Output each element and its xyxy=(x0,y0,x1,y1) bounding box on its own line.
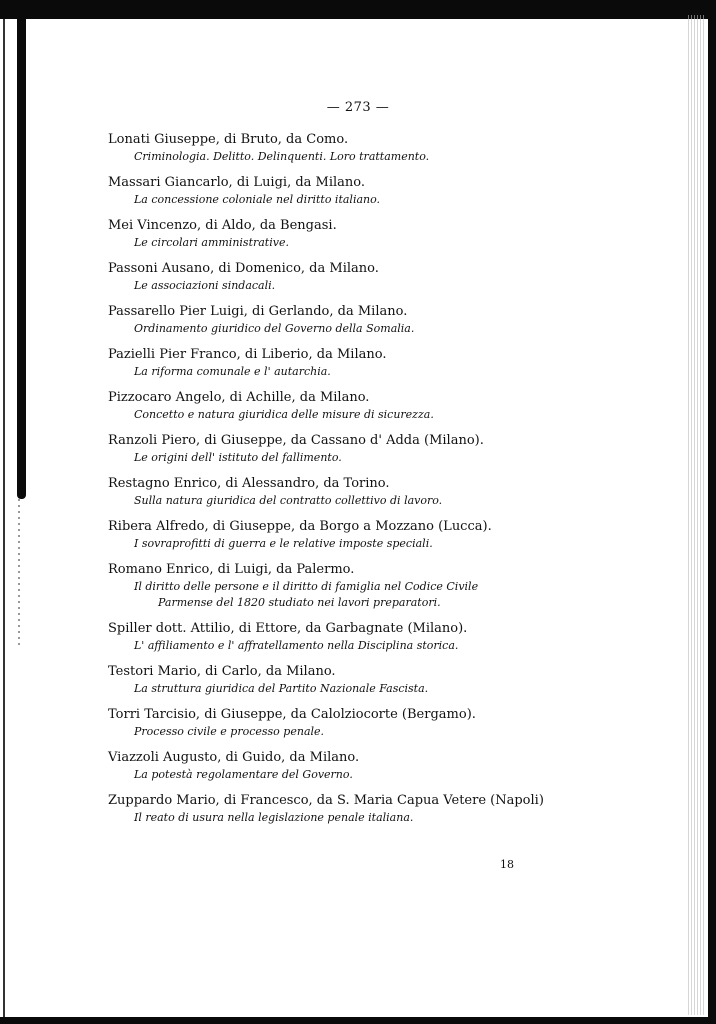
entry-name: Zuppardo Mario, di Francesco, da S. Mari… xyxy=(108,792,538,810)
entry-name: Lonati Giuseppe, di Bruto, da Como. xyxy=(108,131,538,149)
book-spine-shadow xyxy=(17,19,26,499)
entry-title: La potestà regolamentare del Governo. xyxy=(108,767,538,783)
list-item: Testori Mario, di Carlo, da Milano. La s… xyxy=(108,663,538,697)
entry-title: La struttura giuridica del Partito Nazio… xyxy=(108,681,538,697)
list-item: Massari Giancarlo, di Luigi, da Milano. … xyxy=(108,174,538,208)
entry-name: Mei Vincenzo, di Aldo, da Bengasi. xyxy=(108,217,538,235)
entry-title-continuation: Parmense del 1820 studiato nei lavori pr… xyxy=(108,595,538,611)
entry-name: Ribera Alfredo, di Giuseppe, da Borgo a … xyxy=(108,518,538,536)
list-item: Torri Tarcisio, di Giuseppe, da Calolzio… xyxy=(108,706,538,740)
list-item: Restagno Enrico, di Alessandro, da Torin… xyxy=(108,475,538,509)
entry-title: La concessione coloniale nel diritto ita… xyxy=(108,192,538,208)
entry-title: Le origini dell' istituto del fallimento… xyxy=(108,450,538,466)
page-edge-texture xyxy=(688,15,704,1015)
entry-title: Concetto e natura giuridica delle misure… xyxy=(108,407,538,423)
scan-border-bottom xyxy=(0,1017,716,1024)
entry-title: Le circolari amministrative. xyxy=(108,235,538,251)
entry-name: Passoni Ausano, di Domenico, da Milano. xyxy=(108,260,538,278)
entry-title: Il diritto delle persone e il diritto di… xyxy=(108,579,538,595)
list-item: Viazzoli Augusto, di Guido, da Milano. L… xyxy=(108,749,538,783)
list-item: Pizzocaro Angelo, di Achille, da Milano.… xyxy=(108,389,538,423)
entry-name: Torri Tarcisio, di Giuseppe, da Calolzio… xyxy=(108,706,538,724)
entry-title: La riforma comunale e l' autarchia. xyxy=(108,364,538,380)
list-item: Zuppardo Mario, di Francesco, da S. Mari… xyxy=(108,792,538,826)
entry-name: Viazzoli Augusto, di Guido, da Milano. xyxy=(108,749,538,767)
list-item: Passarello Pier Luigi, di Gerlando, da M… xyxy=(108,303,538,337)
page-number: — 273 — xyxy=(0,100,716,115)
scan-border-right xyxy=(708,12,716,1022)
entry-name: Pazielli Pier Franco, di Liberio, da Mil… xyxy=(108,346,538,364)
entry-list: Lonati Giuseppe, di Bruto, da Como. Crim… xyxy=(108,131,538,835)
list-item: Lonati Giuseppe, di Bruto, da Como. Crim… xyxy=(108,131,538,165)
entry-title: L' affiliamento e l' affratellamento nel… xyxy=(108,638,538,654)
list-item: Ribera Alfredo, di Giuseppe, da Borgo a … xyxy=(108,518,538,552)
entry-name: Ranzoli Piero, di Giuseppe, da Cassano d… xyxy=(108,432,538,450)
scan-edge-left xyxy=(3,19,5,1019)
entry-title: I sovraprofitti di guerra e le relative … xyxy=(108,536,538,552)
entry-title: Processo civile e processo penale. xyxy=(108,724,538,740)
entry-title: Sulla natura giuridica del contratto col… xyxy=(108,493,538,509)
entry-name: Passarello Pier Luigi, di Gerlando, da M… xyxy=(108,303,538,321)
entry-name: Spiller dott. Attilio, di Ettore, da Gar… xyxy=(108,620,538,638)
list-item: Mei Vincenzo, di Aldo, da Bengasi. Le ci… xyxy=(108,217,538,251)
entry-name: Pizzocaro Angelo, di Achille, da Milano. xyxy=(108,389,538,407)
list-item: Pazielli Pier Franco, di Liberio, da Mil… xyxy=(108,346,538,380)
list-item: Ranzoli Piero, di Giuseppe, da Cassano d… xyxy=(108,432,538,466)
entry-title: Le associazioni sindacali. xyxy=(108,278,538,294)
book-spine-faint xyxy=(18,499,20,649)
list-item: Spiller dott. Attilio, di Ettore, da Gar… xyxy=(108,620,538,654)
list-item: Romano Enrico, di Luigi, da Palermo. Il … xyxy=(108,561,538,611)
entry-name: Restagno Enrico, di Alessandro, da Torin… xyxy=(108,475,538,493)
entry-name: Massari Giancarlo, di Luigi, da Milano. xyxy=(108,174,538,192)
entry-name: Testori Mario, di Carlo, da Milano. xyxy=(108,663,538,681)
list-item: Passoni Ausano, di Domenico, da Milano. … xyxy=(108,260,538,294)
entry-title: Il reato di usura nella legislazione pen… xyxy=(108,810,538,826)
entry-name: Romano Enrico, di Luigi, da Palermo. xyxy=(108,561,538,579)
scan-border-top xyxy=(0,0,716,19)
signature-mark: 18 xyxy=(500,858,514,871)
entry-title: Ordinamento giuridico del Governo della … xyxy=(108,321,538,337)
entry-title: Criminologia. Delitto. Delinquenti. Loro… xyxy=(108,149,538,165)
